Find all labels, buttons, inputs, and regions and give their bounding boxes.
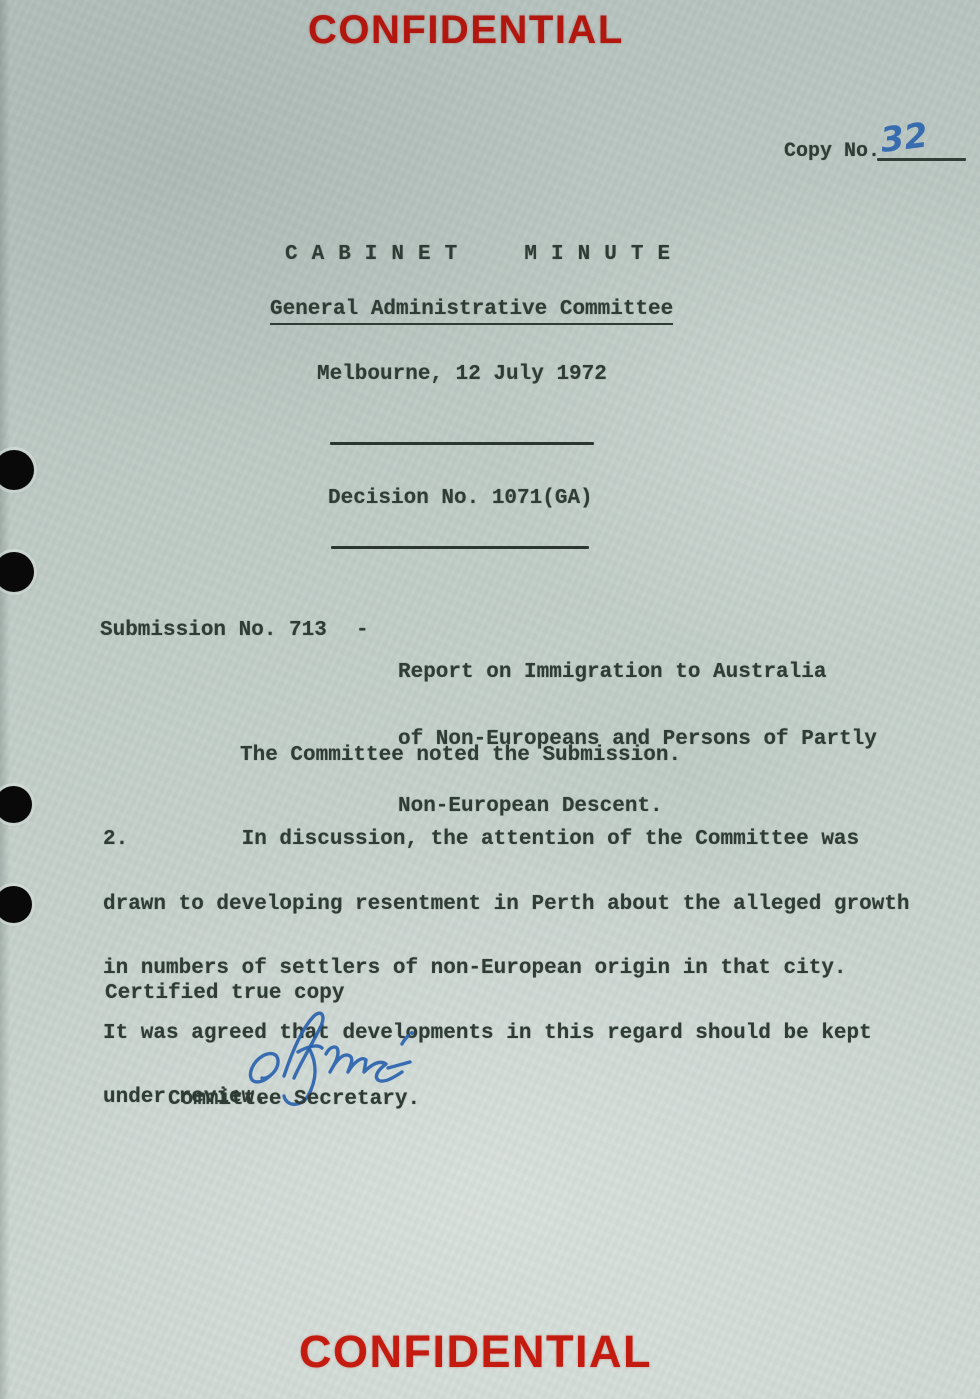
horizontal-rule-lower bbox=[331, 546, 589, 549]
minute-paragraph-2-line: in numbers of settlers of non-European o… bbox=[103, 958, 910, 980]
certification-line: Certified true copy bbox=[105, 982, 344, 1005]
place-and-date: Melbourne, 12 July 1972 bbox=[317, 363, 607, 386]
submission-subject-line: Report on Immigration to Australia bbox=[398, 662, 877, 684]
minute-paragraph-2-line: 2. In discussion, the attention of the C… bbox=[103, 829, 910, 851]
hole-punch-icon bbox=[0, 886, 32, 923]
classification-stamp-top: CONFIDENTIAL bbox=[308, 8, 624, 53]
minute-paragraph-2-line: drawn to developing resentment in Perth … bbox=[103, 894, 910, 916]
classification-stamp-bottom: CONFIDENTIAL bbox=[299, 1326, 652, 1378]
scanned-document-page: CONFIDENTIAL CONFIDENTIAL Copy No. 32 C … bbox=[0, 0, 980, 1399]
minute-paragraph-1: The Committee noted the Submission. bbox=[240, 744, 681, 767]
hole-punch-icon bbox=[0, 786, 32, 823]
minute-paragraph-2-line: It was agreed that developments in this … bbox=[103, 1023, 910, 1045]
hole-punch-icon bbox=[0, 552, 34, 592]
submission-separator: - bbox=[356, 619, 369, 642]
signatory-title: Committee Secretary. bbox=[168, 1088, 420, 1111]
copy-number-label: Copy No. bbox=[784, 140, 880, 163]
document-title: C A B I N E T M I N U T E bbox=[285, 243, 671, 266]
committee-name: General Administrative Committee bbox=[270, 298, 673, 325]
horizontal-rule-upper bbox=[330, 442, 594, 445]
handwritten-copy-number: 32 bbox=[874, 114, 944, 166]
page-edge-shadow bbox=[0, 0, 10, 1399]
decision-number: Decision No. 1071(GA) bbox=[328, 487, 593, 510]
copy-number-value: 32 bbox=[878, 115, 930, 160]
hole-punch-icon bbox=[0, 450, 34, 490]
submission-number: Submission No. 713 bbox=[100, 619, 327, 642]
